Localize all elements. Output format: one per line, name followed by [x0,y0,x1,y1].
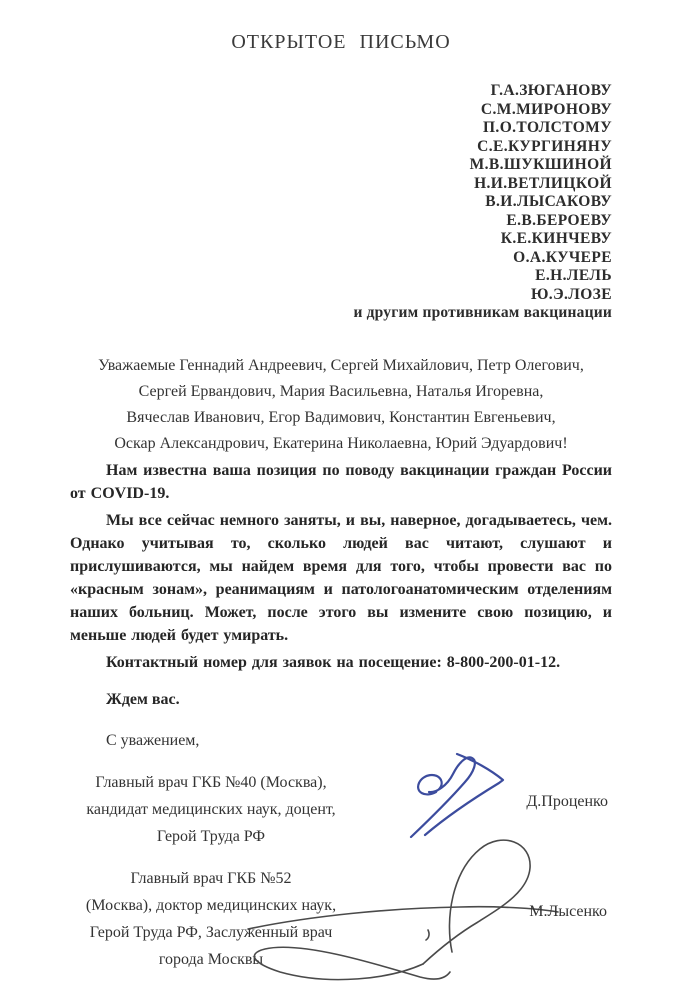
addressee: П.О.ТОЛСТОМУ [70,119,612,138]
protsenko-signature-strokes [411,754,503,837]
regards-line: С уважением, [70,729,612,752]
signature-block-lysenko: Главный врач ГКБ №52 (Москва), доктор ме… [70,865,612,973]
salutation-line: Сергей Ервандович, Мария Васильевна, Нат… [70,379,612,405]
signer-name: Д.Проценко [526,792,608,812]
signer-name: М.Лысенко [529,902,607,922]
addressee: Е.В.БЕРОЕВУ [70,212,612,231]
addressee: С.М.МИРОНОВУ [70,101,612,120]
signer-role-line: кандидат медицинских наук, доцент, [70,796,352,823]
signer-role-line: города Москвы [70,946,352,973]
addressee: В.И.ЛЫСАКОВУ [70,193,612,212]
addressee: М.В.ШУКШИНОЙ [70,156,612,175]
addressee-list: Г.А.ЗЮГАНОВУ С.М.МИРОНОВУ П.О.ТОЛСТОМУ С… [70,82,612,323]
signer-role-line: Главный врач ГКБ №40 (Москва), [70,769,352,796]
salutation: Уважаемые Геннадий Андреевич, Сергей Мих… [70,353,612,457]
addressee-note: и другим противникам вакцинации [70,304,612,323]
signature-block-protsenko: Главный врач ГКБ №40 (Москва), кандидат … [70,769,612,850]
addressee: С.Е.КУРГИНЯНУ [70,138,612,157]
salutation-line: Уважаемые Геннадий Андреевич, Сергей Мих… [70,353,612,379]
salutation-line: Оскар Александрович, Екатерина Николаевн… [70,431,612,457]
signer-role-line: (Москва), доктор медицинских наук, [70,892,352,919]
signer-role: Главный врач ГКБ №52 (Москва), доктор ме… [70,865,352,973]
body-paragraph: Нам известна ваша позиция по поводу вакц… [70,459,612,505]
salutation-line: Вячеслав Иванович, Егор Вадимович, Конст… [70,405,612,431]
signer-role: Главный врач ГКБ №40 (Москва), кандидат … [70,769,352,850]
body-paragraph: Мы все сейчас немного заняты, и вы, наве… [70,509,612,647]
contact-line: Контактный номер для заявок на посещение… [70,651,612,674]
addressee: Ю.Э.ЛОЗЕ [70,286,612,305]
addressee: К.Е.КИНЧЕВУ [70,230,612,249]
signer-role-line: Герой Труда РФ, Заслуженный врач [70,919,352,946]
signer-role-line: Главный врач ГКБ №52 [70,865,352,892]
addressee: Г.А.ЗЮГАНОВУ [70,82,612,101]
protsenko-signature-ink [403,748,508,843]
await-line: Ждем вас. [70,688,612,711]
addressee: Е.Н.ЛЕЛЬ [70,267,612,286]
letter-title: ОТКРЫТОЕ ПИСЬМО [70,30,612,54]
signer-role-line: Герой Труда РФ [70,823,352,850]
letter-document: ОТКРЫТОЕ ПИСЬМО Г.А.ЗЮГАНОВУ С.М.МИРОНОВ… [0,0,700,1004]
addressee: Н.И.ВЕТЛИЦКОЙ [70,175,612,194]
addressee: О.А.КУЧЕРЕ [70,249,612,268]
